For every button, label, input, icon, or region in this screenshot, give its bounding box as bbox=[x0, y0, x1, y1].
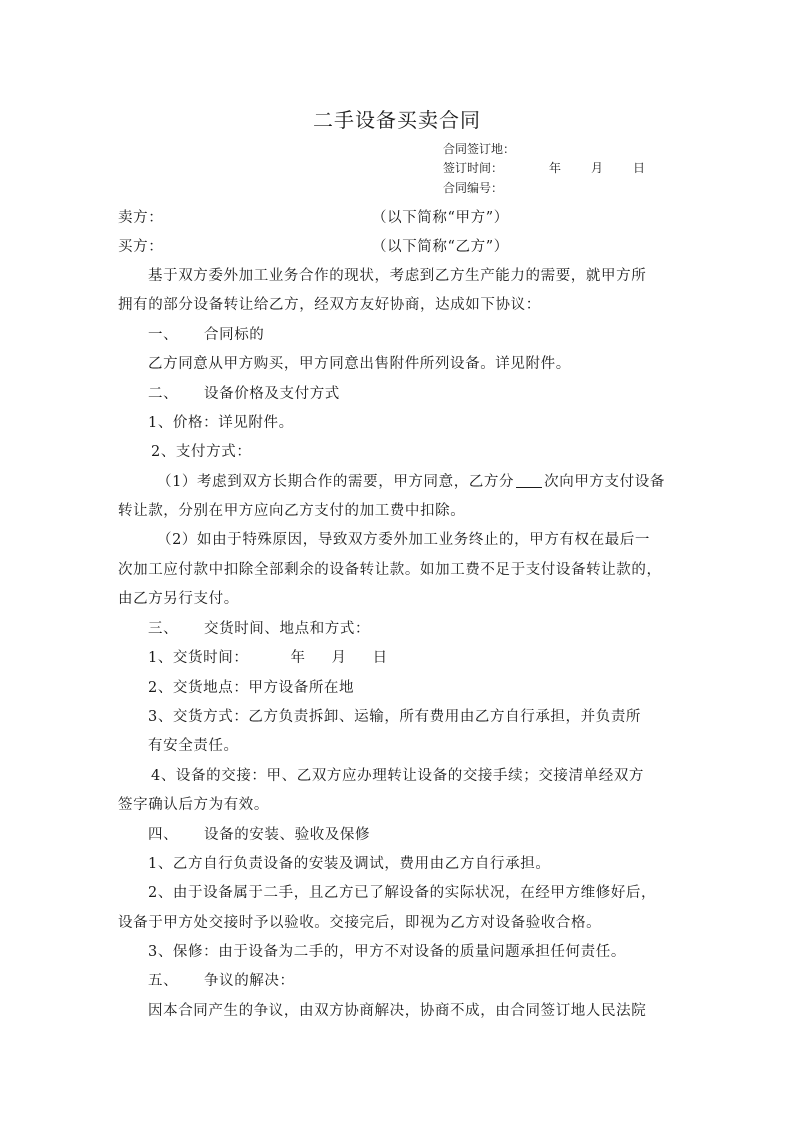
section-5-heading: 争议的解决： bbox=[204, 971, 295, 991]
payment-clause-2-line-1: （2）如由于特殊原因，导致双方委外加工业务终止的，甲方有权在最后一 bbox=[157, 530, 650, 550]
delivery-day-label: 日 bbox=[373, 650, 388, 666]
delivery-time-label: 1、交货时间： bbox=[148, 650, 248, 666]
contract-number-label: 合同编号： bbox=[443, 180, 503, 196]
document-title: 二手设备买卖合同 bbox=[0, 104, 794, 133]
document-page: 二手设备买卖合同 合同签订地： 签订时间：年月日 合同编号： 卖方： （以下简称… bbox=[0, 0, 794, 1123]
day-label: 日 bbox=[633, 161, 645, 175]
delivery-year-label: 年 bbox=[290, 650, 305, 666]
payment-clause-1-line-1: （1）考虑到双方长期合作的需要，甲方同意，乙方分次向甲方支付设备 bbox=[157, 472, 665, 492]
section-3-heading: 交货时间、地点和方式： bbox=[204, 619, 370, 639]
section-1-heading: 合同标的 bbox=[204, 325, 264, 345]
preamble-line-2: 拥有的部分设备转让给乙方，经双方友好协商，达成如下协议： bbox=[118, 295, 541, 315]
price-clause: 1、价格：详见附件。 bbox=[148, 413, 294, 433]
seller-label: 卖方： bbox=[118, 208, 163, 228]
section-2-heading: 设备价格及支付方式 bbox=[204, 384, 340, 404]
section-1-line-1: 乙方同意从甲方购买，甲方同意出售附件所列设备。详见附件。 bbox=[148, 354, 571, 374]
delivery-method-line-1: 3、交货方式：乙方负责拆卸、运输，所有费用由乙方自行承担，并负责所 bbox=[148, 707, 641, 727]
acceptance-line-1: 2、由于设备属于二手，且乙方已了解设备的实际状况，在经甲方维修好后， bbox=[148, 883, 656, 903]
dispute-line-1: 因本合同产生的争议，由双方协商解决，协商不成，由合同签订地人民法院 bbox=[148, 1001, 646, 1021]
section-4-heading: 设备的安装、验收及保修 bbox=[204, 825, 370, 845]
warranty-line: 3、保修：由于设备为二手的，甲方不对设备的质量问题承担任何责任。 bbox=[148, 942, 626, 962]
seller-alias: （以下简称“甲方”） bbox=[372, 208, 509, 228]
section-4-number: 四、 bbox=[148, 825, 178, 845]
installments-blank-field[interactable] bbox=[516, 473, 542, 488]
handover-line-1: 4、设备的交接：甲、乙双方应办理转让设备的交接手续；交接清单经双方 bbox=[151, 766, 644, 786]
month-label: 月 bbox=[591, 161, 603, 175]
delivery-time-line: 1、交货时间：年月日 bbox=[148, 648, 388, 668]
preamble-line-1: 基于双方委外加工业务合作的现状，考虑到乙方生产能力的需要，就甲方所 bbox=[148, 266, 646, 286]
handover-line-2: 签字确认后方为有效。 bbox=[118, 795, 269, 815]
payment-clause-1-line-2: 转让款，分别在甲方应向乙方支付的加工费中扣除。 bbox=[118, 501, 465, 521]
buyer-alias: （以下简称“乙方”） bbox=[372, 237, 509, 257]
year-label: 年 bbox=[549, 161, 561, 175]
delivery-place-line: 2、交货地点：甲方设备所在地 bbox=[148, 678, 354, 698]
section-2-number: 二、 bbox=[148, 384, 178, 404]
installation-line: 1、乙方自行负责设备的安装及调试，费用由乙方自行承担。 bbox=[148, 854, 550, 874]
section-1-number: 一、 bbox=[148, 325, 178, 345]
acceptance-line-2: 设备于甲方处交接时予以验收。交接完后，即视为乙方对设备验收合格。 bbox=[118, 913, 601, 933]
payment-clause-1-text-a: （1）考虑到双方长期合作的需要，甲方同意，乙方分 bbox=[157, 474, 514, 490]
payment-clause-2-line-2: 次加工应付款中扣除全部剩余的设备转让款。如加工费不足于支付设备转让款的， bbox=[118, 560, 662, 580]
section-5-number: 五、 bbox=[148, 971, 178, 991]
delivery-method-line-2: 有安全责任。 bbox=[148, 736, 239, 756]
date-label: 签订时间： bbox=[443, 161, 503, 175]
payment-clause-1-text-b: 次向甲方支付设备 bbox=[544, 474, 665, 490]
payment-clause-2-line-3: 由乙方另行支付。 bbox=[118, 589, 239, 609]
contract-date-line: 签订时间：年月日 bbox=[443, 160, 645, 176]
contract-place-label: 合同签订地： bbox=[443, 141, 515, 157]
section-3-number: 三、 bbox=[148, 619, 178, 639]
payment-method-heading: 2、支付方式： bbox=[151, 442, 251, 462]
delivery-month-label: 月 bbox=[332, 650, 347, 666]
buyer-label: 买方： bbox=[118, 237, 163, 257]
